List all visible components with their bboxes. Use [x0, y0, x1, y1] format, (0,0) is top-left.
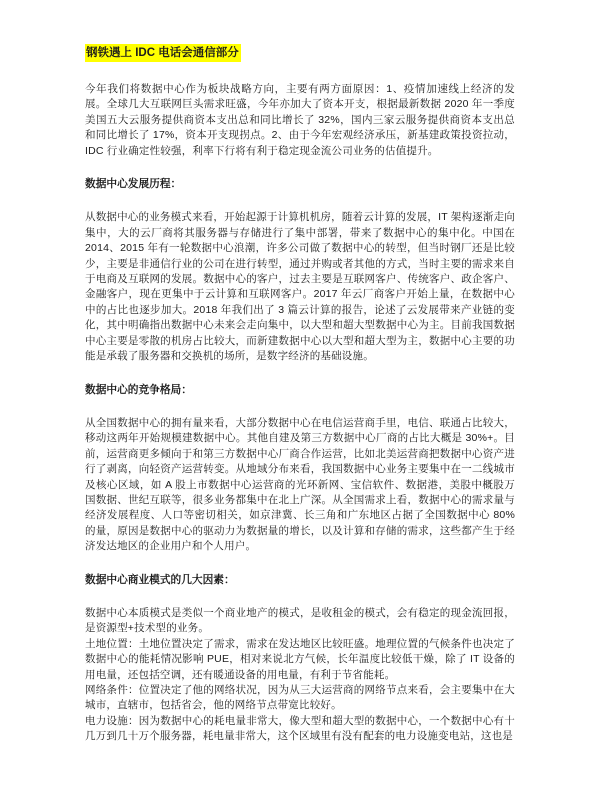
paragraph-business-model: 数据中心本质模式是类似一个商业地产的模式，是收租金的模式，会有稳定的现金流回报，… [85, 606, 515, 637]
intro-paragraph: 今年我们将数据中心作为板块战略方向，主要有两方面原因：1、疫情加速线上经济的发展… [85, 82, 515, 159]
paragraph: 从数据中心的业务模式来看，开始起源于计算机机房，随着云计算的发展，IT 架构逐渐… [85, 210, 515, 364]
paragraph: 从全国数据中心的拥有量来看，大部分数据中心在电信运营商手里，电信、联通占比较大，… [85, 416, 515, 555]
section-heading-competitive-landscape: 数据中心的竞争格局： [85, 383, 515, 398]
section-competitive-landscape: 数据中心的竞争格局： 从全国数据中心的拥有量来看，大部分数据中心在电信运营商手里… [85, 383, 515, 555]
section-development-history: 数据中心发展历程： 从数据中心的业务模式来看，开始起源于计算机机房，随着云计算的… [85, 177, 515, 364]
paragraph-power-facilities: 电力设施：因为数据中心的耗电量非常大，像大型和超大型的数据中心，一个数据中心有十… [85, 714, 515, 745]
doc-title-line: 钢铁遇上 IDC 电话会通信部分 [85, 44, 515, 62]
document-page: 钢铁遇上 IDC 电话会通信部分 今年我们将数据中心作为板块战略方向，主要有两方… [0, 0, 600, 800]
section-heading-business-model-factors: 数据中心商业模式的几大因素： [85, 573, 515, 588]
page-title: 钢铁遇上 IDC 电话会通信部分 [85, 44, 241, 62]
paragraph-land-location: 土地位置：土地位置决定了需求，需求在发达地区比较旺盛。地理位置的气候条件也决定了… [85, 637, 515, 683]
section-heading-development-history: 数据中心发展历程： [85, 177, 515, 192]
paragraph-network-conditions: 网络条件：位置决定了他的网络状况，因为从三大运营商的网络节点来看，会主要集中在大… [85, 683, 515, 714]
section-business-model-factors: 数据中心商业模式的几大因素： 数据中心本质模式是类似一个商业地产的模式，是收租金… [85, 573, 515, 745]
